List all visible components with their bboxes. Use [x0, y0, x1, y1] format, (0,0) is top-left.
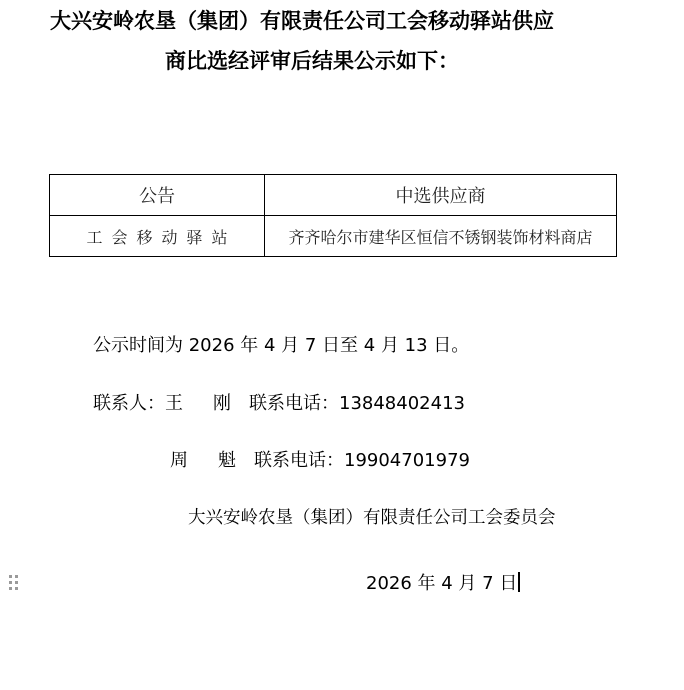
- signature-organization: 大兴安岭农垦（集团）有限责任公司工会委员会: [188, 507, 556, 529]
- contact-phone-label: 联系电话：: [254, 450, 344, 471]
- contact-name-second: 魁: [218, 450, 236, 471]
- contact-name-second: 刚: [213, 393, 231, 414]
- text-caret: [518, 572, 520, 592]
- result-table: 公告 中选供应商 工会移动驿站 齐齐哈尔市建华区恒信不锈钢装饰材料商店: [49, 174, 617, 257]
- contact-line-1: 联系人：王刚联系电话：13848402413: [93, 393, 465, 415]
- signature-date-line[interactable]: 2026 年 4 月 7 日: [366, 572, 520, 595]
- title-line-2: 商比选经评审后结果公示如下：: [165, 49, 459, 73]
- table-header-row: 公告 中选供应商: [50, 175, 617, 216]
- contact-phone: 19904701979: [344, 450, 470, 471]
- title-line-1: 大兴安岭农垦（集团）有限责任公司工会移动驿站供应: [50, 9, 554, 33]
- signature-date: 2026 年 4 月 7 日: [366, 573, 517, 594]
- contact-line-2: 周魁联系电话：19904701979: [170, 450, 470, 472]
- header-notice: 公告: [50, 175, 265, 216]
- contact-phone-label: 联系电话：: [249, 393, 339, 414]
- cell-notice: 工会移动驿站: [50, 216, 265, 257]
- header-supplier: 中选供应商: [265, 175, 617, 216]
- contact-phone: 13848402413: [339, 393, 465, 414]
- contact-name-first: 王: [165, 393, 183, 414]
- drag-handle-icon[interactable]: [9, 575, 19, 591]
- contact-name-first: 周: [170, 450, 188, 471]
- cell-supplier: 齐齐哈尔市建华区恒信不锈钢装饰材料商店: [265, 216, 617, 257]
- contact-prefix: 联系人：: [93, 393, 165, 414]
- notice-period: 公示时间为 2026 年 4 月 7 日至 4 月 13 日。: [93, 335, 469, 357]
- table-row: 工会移动驿站 齐齐哈尔市建华区恒信不锈钢装饰材料商店: [50, 216, 617, 257]
